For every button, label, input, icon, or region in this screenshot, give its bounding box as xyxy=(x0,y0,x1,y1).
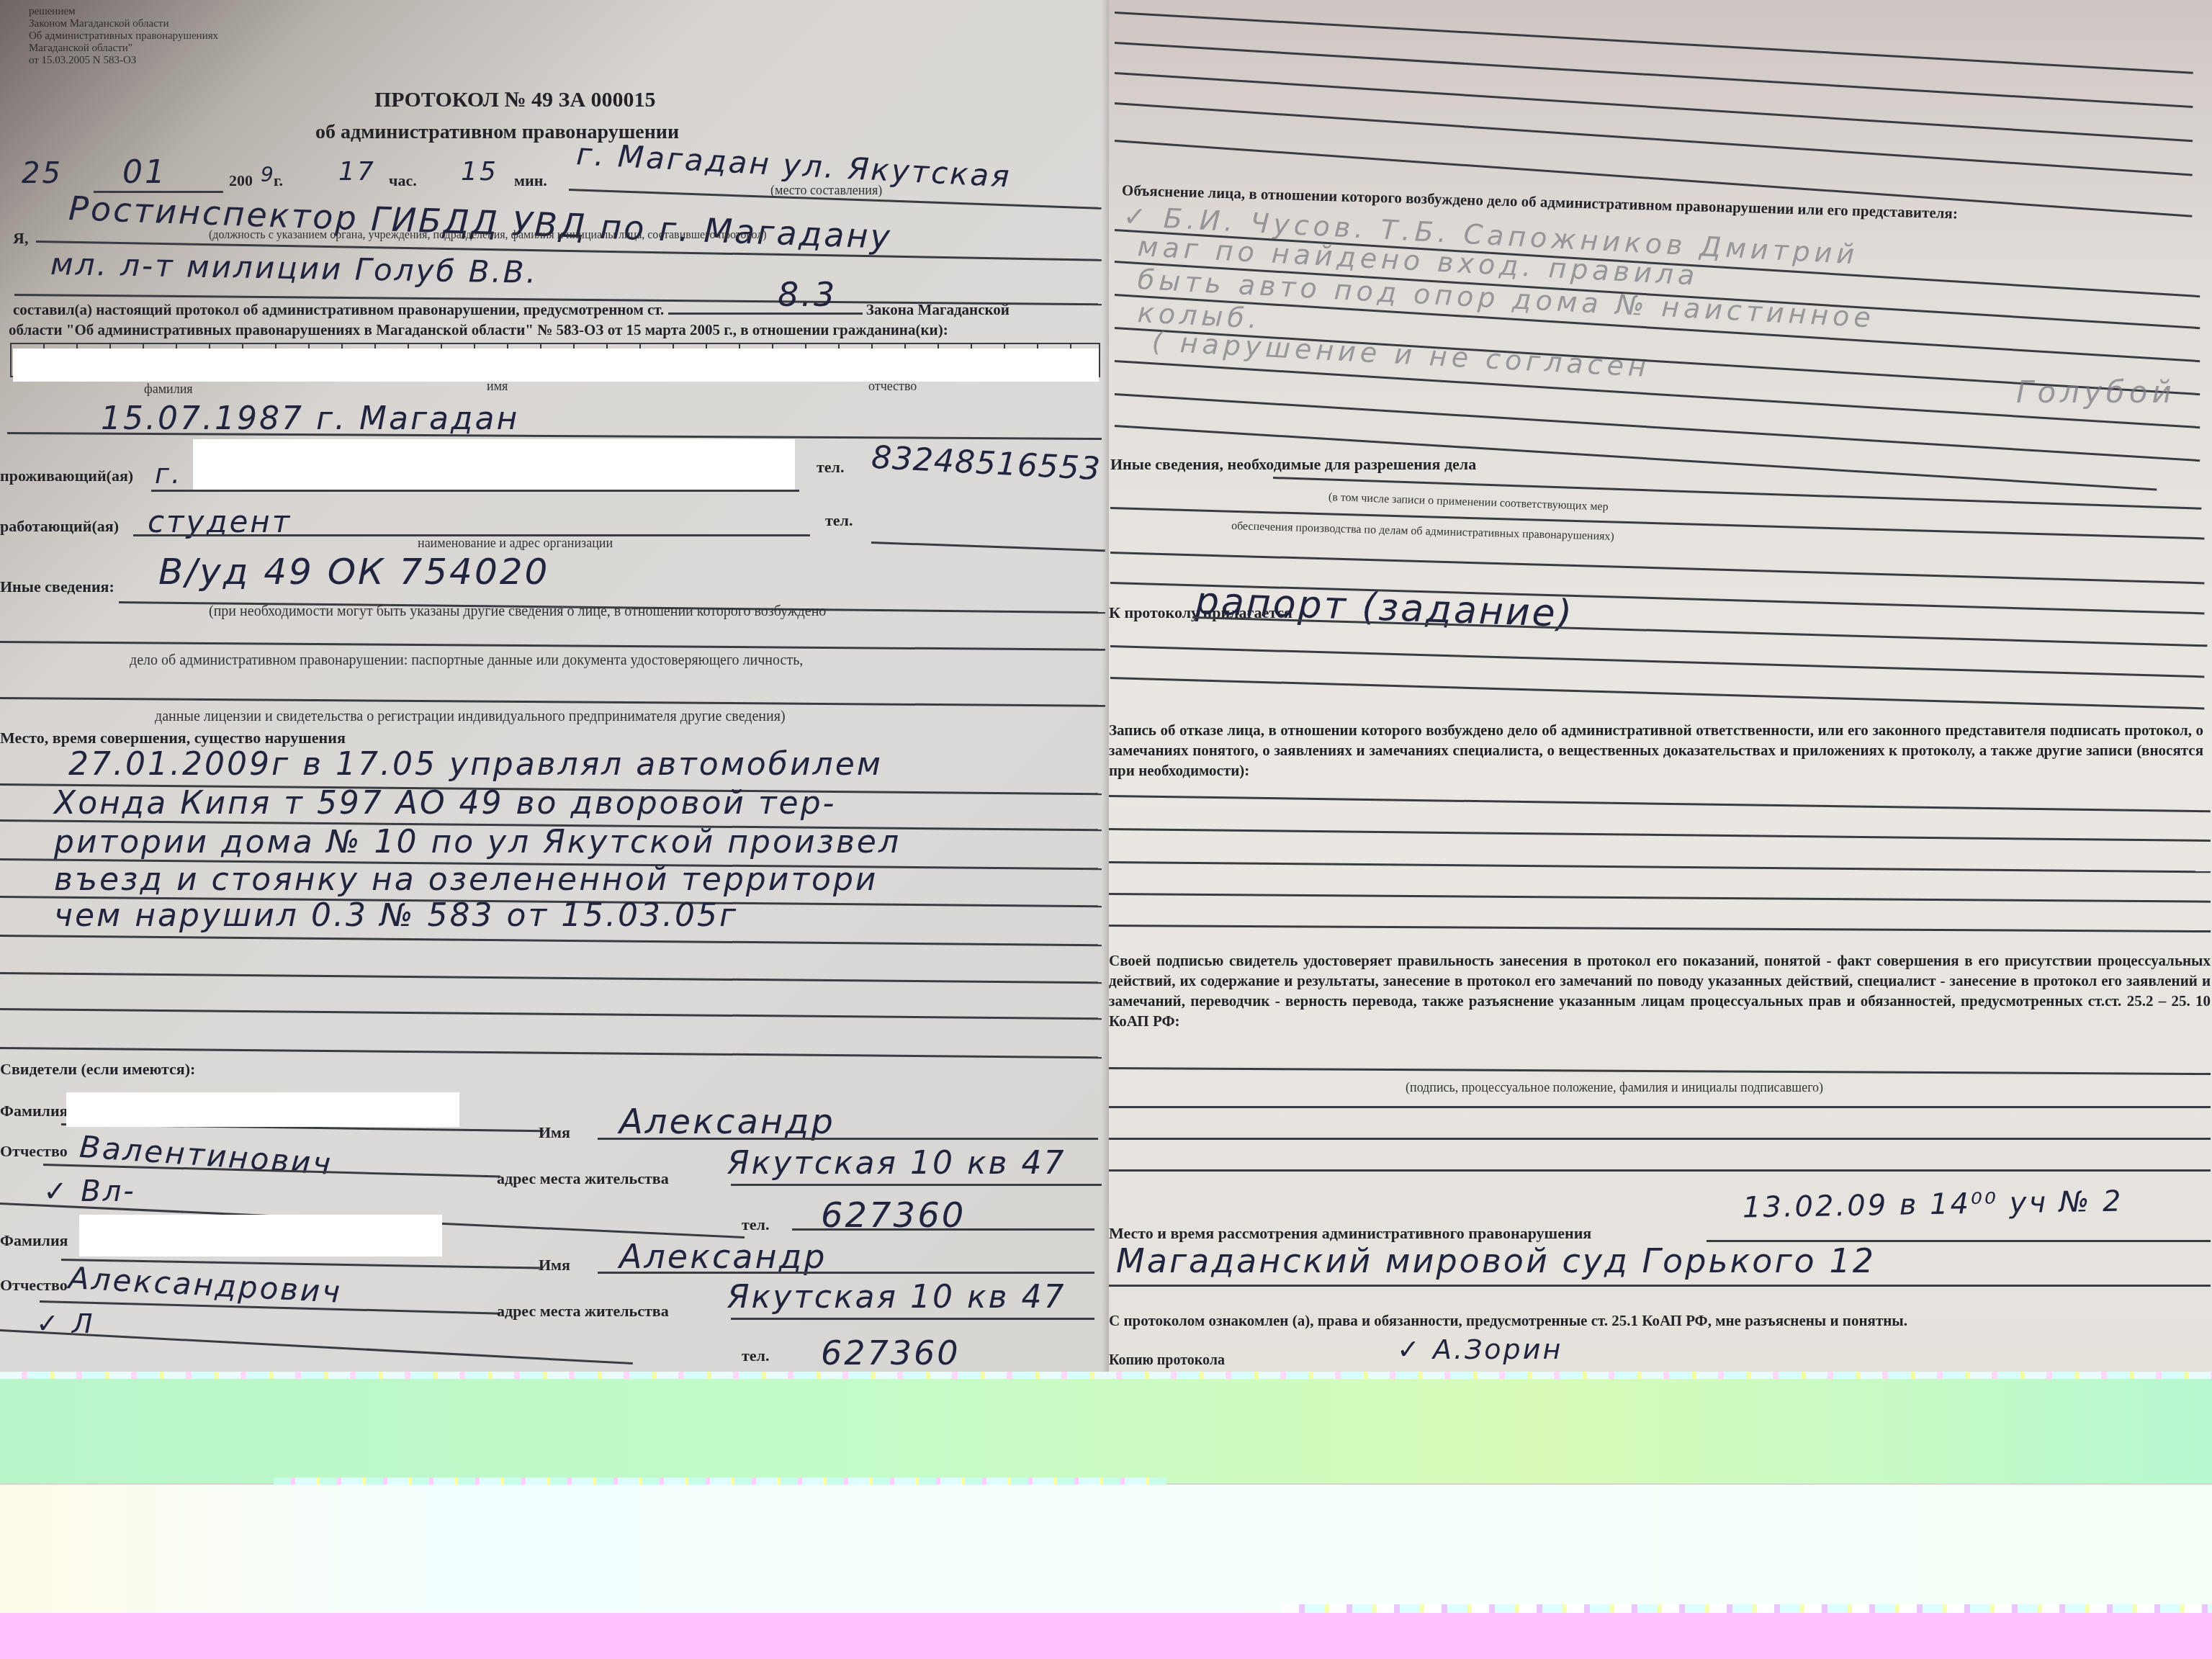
witness1-phone-label: тел. xyxy=(742,1215,769,1234)
right-other-info-caption1: (в том числе записи о применении соответ… xyxy=(1328,491,1609,514)
birth-value: 15.07.1987 г. Магадан xyxy=(101,400,519,437)
witness-statement-text: Своей подписью свидетель удостоверяет пр… xyxy=(1109,950,2211,1031)
work-caption: наименование и адрес организации xyxy=(418,536,613,551)
right-other-info-caption2: обеспечения производства по делам об адм… xyxy=(1231,520,1614,544)
caption-patronymic: отчество xyxy=(868,379,917,394)
officer-prefix: Я, xyxy=(13,229,28,248)
date-day: 25 xyxy=(22,157,63,190)
witness2-phone: 627360 xyxy=(821,1334,961,1372)
header-note-line: от 15.03.2005 N 583-ОЗ xyxy=(29,55,218,67)
caption-surname: фамилия xyxy=(144,382,193,397)
header-note-line: Об административных правонарушениях xyxy=(29,30,218,42)
officer-caption: (должность с указанием органа, учреждени… xyxy=(209,229,767,242)
copy-label: Копию протокола xyxy=(1109,1352,1225,1369)
other-info-caption2: дело об административном правонарушении:… xyxy=(130,652,803,669)
violation-line: чем нарушил 0.3 № 583 от 15.03.05г xyxy=(54,897,738,934)
violation-line: въезд и стоянку на озелененной территори xyxy=(54,861,878,898)
other-info-value: В/уд 49 ОК 754020 xyxy=(158,551,549,593)
right-other-info-label: Иные сведения, необходимые для разрешени… xyxy=(1110,455,1476,474)
violation-line: ритории дома № 10 по ул Якутской произве… xyxy=(54,824,901,860)
witness1-patronymic: Валентинович xyxy=(78,1129,334,1182)
refusal-text: Запись об отказе лица, в отношении котор… xyxy=(1109,720,2203,781)
statute-text-after: Закона Магаданской xyxy=(866,301,1010,318)
work-phone-label: тел. xyxy=(825,511,853,530)
hour-value: 17 xyxy=(338,157,376,186)
witnesses-label: Свидетели (если имеются): xyxy=(0,1060,195,1079)
acknowledgement-signature: ✓ А.Зорин xyxy=(1397,1334,1563,1365)
header-note-line: решением xyxy=(29,6,218,18)
review-label: Место и время рассмотрения административ… xyxy=(1109,1224,1591,1243)
corruption-band-white xyxy=(0,1485,2212,1613)
caption-name: имя xyxy=(487,379,508,394)
officer-line1: Ростинспектор ГИБДД УВД по г. Магадану xyxy=(68,189,892,256)
officer-line2: мл. л-т милиции Голуб В.В. xyxy=(50,246,539,290)
witness2-surname-label: Фамилия xyxy=(0,1231,68,1250)
witness1-name: Александр xyxy=(619,1102,835,1142)
violation-line: 27.01.2009г в 17.05 управлял автомобилем xyxy=(68,746,883,783)
witness2-phone-label: тел. xyxy=(742,1346,769,1365)
other-info-label: Иные сведения: xyxy=(0,577,114,596)
other-info-caption1: (при необходимости могут быть указаны др… xyxy=(209,603,826,620)
violation-label: Место, время совершения, существо наруше… xyxy=(0,729,346,747)
redacted-witness2-surname xyxy=(79,1215,442,1256)
corruption-band-pink xyxy=(0,1613,2212,1659)
witness2-patronymic-label: Отчество xyxy=(0,1276,68,1295)
witness2-address: Якутская 10 кв 47 xyxy=(727,1279,1066,1316)
witness2-address-label: адрес места жительства xyxy=(497,1302,669,1321)
witness1-signature: ✓ Вл- xyxy=(43,1175,136,1208)
redacted-address xyxy=(193,439,795,490)
right-page: Объяснение лица, в отношении которого во… xyxy=(1109,0,2212,1372)
residence-label: проживающий(ая) xyxy=(0,467,133,485)
residence-phone: 83248516553 xyxy=(871,439,1102,488)
witness2-name-label: Имя xyxy=(539,1256,570,1274)
review-place: Магаданский мировой суд Горького 12 xyxy=(1116,1241,1876,1280)
residence-prefix: г. xyxy=(155,458,182,490)
minute-value: 15 xyxy=(461,157,498,186)
redacted-name xyxy=(13,349,1099,382)
year-suffix: г. xyxy=(274,171,283,190)
place-caption: (место составления) xyxy=(770,183,882,198)
date-month: 01 xyxy=(122,154,167,191)
review-datetime: 13.02.09 в 14⁰⁰ уч № 2 xyxy=(1743,1184,2123,1224)
violation-line: Хонда Кипя т 597 АО 49 во дворовой тер- xyxy=(54,785,836,822)
witness1-name-label: Имя xyxy=(539,1123,570,1142)
other-info-caption3: данные лицензии и свидетельства о регист… xyxy=(155,709,786,725)
redacted-witness1-surname xyxy=(66,1092,459,1127)
acknowledgement-text: С протоколом ознакомлен (а), права и обя… xyxy=(1109,1312,1907,1330)
witness1-patronymic-label: Отчество xyxy=(0,1142,68,1161)
signature-caption: (подпись, процессуальное положение, фами… xyxy=(1406,1080,1823,1095)
statute-text-before: составил(а) настоящий протокол об админи… xyxy=(13,301,664,318)
explanation-line: ( нарушение и не согласен xyxy=(1151,325,1651,383)
work-label: работающий(ая) xyxy=(0,517,119,536)
statute-line2: области "Об административных правонаруше… xyxy=(9,321,948,339)
minute-label: мин. xyxy=(514,171,547,190)
witness1-address: Якутская 10 кв 47 xyxy=(727,1145,1066,1182)
hour-label: час. xyxy=(389,171,417,190)
year-prefix: 200 xyxy=(229,171,253,190)
witness2-name: Александр xyxy=(619,1237,827,1276)
header-note: решением Законом Магаданской области Об … xyxy=(29,6,218,67)
statute-text: составил(а) настоящий протокол об админи… xyxy=(13,301,1010,319)
document-title: ПРОТОКОЛ № 49 ЗА 000015 xyxy=(374,88,656,112)
left-page: решением Законом Магаданской области Об … xyxy=(0,0,1109,1372)
witness1-surname-label: Фамилия xyxy=(0,1102,68,1120)
witness1-address-label: адрес места жительства xyxy=(497,1169,669,1188)
header-note-line: Законом Магаданской области xyxy=(29,18,218,30)
residence-phone-label: тел. xyxy=(817,458,844,477)
explanation-signature: Голубой xyxy=(2016,374,2176,410)
header-note-line: Магаданской области" xyxy=(29,42,218,55)
corruption-band-green xyxy=(0,1379,2212,1483)
